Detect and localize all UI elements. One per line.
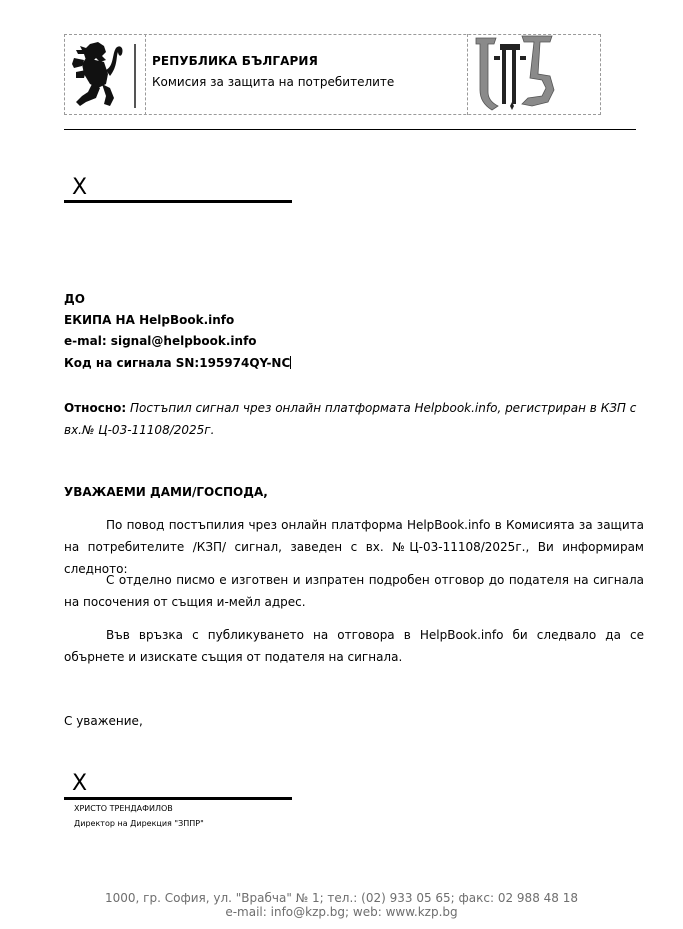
footer-address: 1000, гр. София, ул. "Врабча" № 1; тел.:…	[0, 891, 683, 905]
recipient-to: ДО	[64, 292, 85, 306]
recipient-team: ЕКИПА НА HelpBook.info	[64, 313, 234, 327]
signature-line	[64, 797, 292, 800]
recipient-email: e-mal: signal@helpbook.info	[64, 334, 257, 348]
letterhead-bar	[134, 44, 136, 108]
letterhead-divider	[467, 34, 468, 115]
header-separator	[64, 129, 636, 130]
institution-name: Комисия за защита на потребителите	[152, 75, 394, 89]
subject-label: Относно:	[64, 401, 126, 415]
text-cursor	[290, 356, 291, 369]
body-paragraph: С отделно писмо е изготвен и изпратен по…	[64, 569, 644, 613]
kzp-monogram-logo-icon	[472, 34, 560, 114]
body-paragraph: Във връзка с публикуването на отговора в…	[64, 624, 644, 668]
closing: С уважение,	[64, 714, 143, 728]
signature-line	[64, 200, 292, 203]
lion-coat-of-arms-icon	[70, 40, 126, 110]
subject-text: Постъпил сигнал чрез онлайн платформата …	[64, 401, 636, 437]
signature-mark: X	[72, 773, 87, 795]
signer-name: ХРИСТО ТРЕНДАФИЛОВ	[74, 804, 173, 813]
signature-mark: X	[72, 177, 87, 199]
subject-block: Относно: Постъпил сигнал чрез онлайн пла…	[64, 397, 644, 441]
country-name: РЕПУБЛИКА БЪЛГАРИЯ	[152, 54, 318, 68]
greeting: УВАЖАЕМИ ДАМИ/ГОСПОДА,	[64, 485, 268, 499]
signal-code: Код на сигнала SN:195974QY-NC	[64, 356, 290, 370]
signer-title: Директор на Дирекция "ЗППР"	[74, 819, 204, 828]
footer-contacts: e-mail: info@kzp.bg; web: www.kzp.bg	[0, 905, 683, 919]
signal-code-line[interactable]: Код на сигнала SN:195974QY-NC	[64, 356, 291, 370]
letterhead-divider	[145, 34, 146, 115]
